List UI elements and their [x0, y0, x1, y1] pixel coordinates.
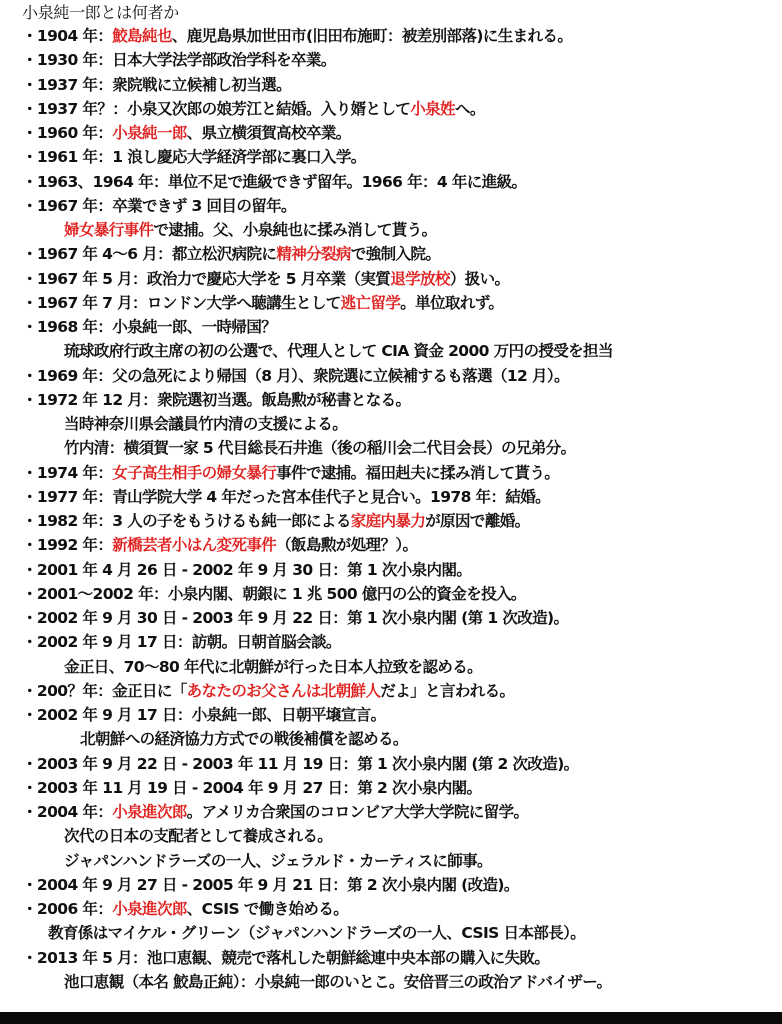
- entry-text: ・2003 年 9 月 22 日 - 2003 年 11 月 19 日：第 1 …: [22, 755, 579, 773]
- entry-text: ・1967 年 4～6 月：都立松沢病院に: [22, 245, 276, 263]
- entry-text: で強制入院。: [351, 245, 440, 263]
- entry-text: ）扱い。: [450, 270, 510, 288]
- timeline-entry: ・2002 年 9 月 30 日 - 2003 年 9 月 22 日：第 1 次…: [22, 607, 568, 629]
- timeline-entry: ・1992 年：新橋芸者小はん変死事件（飯島勲が処理？）。: [22, 534, 417, 556]
- timeline-entry: ・1968 年：小泉純一郎、一時帰国？: [22, 316, 276, 338]
- timeline-entry: ・1937 年：衆院戦に立候補し初当選。: [22, 74, 291, 96]
- entry-text: （飯島勲が処理？）。: [276, 536, 417, 554]
- entry-text: ・1972 年 12 月：衆院選初当選。飯島勲が秘書となる。: [22, 391, 410, 409]
- entry-text: ・1960 年：: [22, 124, 112, 142]
- timeline-entry: ・1969 年：父の急死により帰国（8 月）、衆院選に立候補するも落選（12 月…: [22, 365, 569, 387]
- entry-text: 琉球政府行政主席の初の公選で、代理人として CIA 資金 2000 万円の授受を…: [64, 342, 613, 360]
- entry-text: 。単位取れず。: [400, 294, 503, 312]
- entry-text: 金正日、70～80 年代に北朝鮮が行った日本人拉致を認める。: [64, 658, 482, 676]
- entry-text: 教育係はマイケル・グリーン（ジャパンハンドラーズの一人、CSIS 日本部長）。: [48, 924, 585, 942]
- timeline-entry: ・2001～2002 年：小泉内閣、朝銀に 1 兆 500 億円の公的資金を投入…: [22, 583, 526, 605]
- entry-text: ジャパンハンドラーズの一人、ジェラルド・カーティスに師事。: [64, 852, 492, 870]
- timeline-entry: ・200？年：金正日に「あなたのお父さんは北朝鮮人だよ」と言われる。: [22, 680, 514, 702]
- bottom-bar: [0, 1012, 782, 1024]
- timeline-entry: ・1967 年 5 月：政治力で慶応大学を 5 月卒業（実質退学放校）扱い。: [22, 268, 509, 290]
- entry-text: ・2001～2002 年：小泉内閣、朝銀に 1 兆 500 億円の公的資金を投入…: [22, 585, 526, 603]
- timeline-entry: ・1967 年：卒業できず 3 回目の留年。: [22, 195, 296, 217]
- entry-text: 、CSIS で働き始める。: [187, 900, 348, 918]
- highlighted-text: あなたのお父さんは北朝鮮人: [187, 682, 381, 700]
- highlighted-text: 小泉進次郎: [112, 900, 187, 918]
- entry-text: ・1969 年：父の急死により帰国（8 月）、衆院選に立候補するも落選（12 月…: [22, 367, 569, 385]
- timeline-entry: ・2004 年：小泉進次郎。アメリカ合衆国のコロンビア大学大学院に留学。: [22, 801, 528, 823]
- entry-text: 。アメリカ合衆国のコロンビア大学大学院に留学。: [187, 803, 529, 821]
- timeline-entry: ・1963、1964 年：単位不足で進級できず留年。1966 年：4 年に進級。: [22, 171, 526, 193]
- entry-text: ・1967 年 5 月：政治力で慶応大学を 5 月卒業（実質: [22, 270, 390, 288]
- timeline-entry: ジャパンハンドラーズの一人、ジェラルド・カーティスに師事。: [64, 850, 492, 872]
- document-title: 小泉純一郎とは何者か: [22, 2, 179, 24]
- entry-text: ・2004 年：: [22, 803, 112, 821]
- highlighted-text: 小泉姓: [410, 100, 455, 118]
- timeline-entry: ・1937 年？：小泉又次郎の娘芳江と結婚。入り婿として小泉姓へ。: [22, 98, 485, 120]
- timeline-entry: 次代の日本の支配者として養成される。: [64, 825, 332, 847]
- timeline-entry: ・2003 年 9 月 22 日 - 2003 年 11 月 19 日：第 1 …: [22, 753, 579, 775]
- timeline-entry: ・1961 年：1 浪し慶応大学経済学部に裏口入学。: [22, 146, 366, 168]
- timeline-entry: ・2002 年 9 月 17 日：訪朝。日朝首脳会談。: [22, 631, 341, 653]
- entry-text: ・2002 年 9 月 17 日：小泉純一郎、日朝平壌宣言。: [22, 706, 385, 724]
- entry-text: ・2006 年：: [22, 900, 112, 918]
- entry-text: ・1974 年：: [22, 464, 112, 482]
- timeline-entry: ・1982 年：3 人の子をもうけるも純一郎による家庭内暴力が原因で離婚。: [22, 510, 530, 532]
- timeline-entry: 池口恵観（本名 鮫島正純）：小泉純一郎のいとこ。安倍晋三の政治アドバイザー。: [64, 971, 611, 993]
- entry-text: ・1961 年：1 浪し慶応大学経済学部に裏口入学。: [22, 148, 366, 166]
- entry-text: だよ」と言われる。: [380, 682, 514, 700]
- timeline-entry: 琉球政府行政主席の初の公選で、代理人として CIA 資金 2000 万円の授受を…: [64, 340, 613, 362]
- entry-text: ・1977 年：青山学院大学 4 年だった宮本佳代子と見合い。1978 年：結婚…: [22, 488, 550, 506]
- timeline-entry: 婦女暴行事件で逮捕。父、小泉純也に揉み消して貰う。: [64, 219, 437, 241]
- entry-text: 、鹿児島県加世田市(旧田布施町：被差別部落)に生まれる。: [172, 27, 572, 45]
- document-page: 小泉純一郎とは何者か ・1904 年：鮫島純也、鹿児島県加世田市(旧田布施町：被…: [0, 0, 782, 1012]
- timeline-entry: ・2003 年 11 月 19 日 - 2004 年 9 月 27 日：第 2 …: [22, 777, 481, 799]
- timeline-entry: ・2006 年：小泉進次郎、CSIS で働き始める。: [22, 898, 348, 920]
- entry-text: ・2013 年 5 月：池口恵観、競売で落札した朝鮮総連中央本部の購入に失敗。: [22, 949, 549, 967]
- timeline-entry: 竹内清：横須賀一家 5 代目総長石井進（後の稲川会二代目会長）の兄弟分。: [64, 437, 575, 459]
- entry-text: 事件で逮捕。福田赳夫に揉み消して貰う。: [276, 464, 559, 482]
- timeline-entry: ・1972 年 12 月：衆院選初当選。飯島勲が秘書となる。: [22, 389, 410, 411]
- entry-text: 、県立横須賀高校卒業。: [187, 124, 351, 142]
- timeline-entry: ・2002 年 9 月 17 日：小泉純一郎、日朝平壌宣言。: [22, 704, 385, 726]
- entry-text: ・2004 年 9 月 27 日 - 2005 年 9 月 21 日：第 2 次…: [22, 876, 519, 894]
- entry-text: ・1937 年：衆院戦に立候補し初当選。: [22, 76, 291, 94]
- entry-text: 池口恵観（本名 鮫島正純）：小泉純一郎のいとこ。安倍晋三の政治アドバイザー。: [64, 973, 611, 991]
- entry-text: ・2003 年 11 月 19 日 - 2004 年 9 月 27 日：第 2 …: [22, 779, 481, 797]
- entry-text: ・2002 年 9 月 17 日：訪朝。日朝首脳会談。: [22, 633, 341, 651]
- timeline-entry: ・2013 年 5 月：池口恵観、競売で落札した朝鮮総連中央本部の購入に失敗。: [22, 947, 549, 969]
- highlighted-text: 精神分裂病: [276, 245, 351, 263]
- entry-text: ・1982 年：3 人の子をもうけるも純一郎による: [22, 512, 351, 530]
- timeline-entry: ・1977 年：青山学院大学 4 年だった宮本佳代子と見合い。1978 年：結婚…: [22, 486, 550, 508]
- entry-text: が原因で離婚。: [425, 512, 529, 530]
- entry-text: ・1968 年：小泉純一郎、一時帰国？: [22, 318, 276, 336]
- timeline-entry: 金正日、70～80 年代に北朝鮮が行った日本人拉致を認める。: [64, 656, 482, 678]
- highlighted-text: 家庭内暴力: [351, 512, 426, 530]
- timeline-entry: ・1967 年 4～6 月：都立松沢病院に精神分裂病で強制入院。: [22, 243, 440, 265]
- highlighted-text: 女子高生相手の婦女暴行: [112, 464, 276, 482]
- entry-text: 当時神奈川県会議員竹内清の支援による。: [64, 415, 347, 433]
- timeline-entry: 当時神奈川県会議員竹内清の支援による。: [64, 413, 347, 435]
- entry-text: ・1967 年：卒業できず 3 回目の留年。: [22, 197, 296, 215]
- entry-text: ・2002 年 9 月 30 日 - 2003 年 9 月 22 日：第 1 次…: [22, 609, 568, 627]
- highlighted-text: 小泉進次郎: [112, 803, 187, 821]
- timeline-entry: ・1974 年：女子高生相手の婦女暴行事件で逮捕。福田赳夫に揉み消して貰う。: [22, 462, 559, 484]
- highlighted-text: 退学放校: [390, 270, 450, 288]
- entry-text: ・1937 年？：小泉又次郎の娘芳江と結婚。入り婿として: [22, 100, 410, 118]
- timeline-entry: ・1904 年：鮫島純也、鹿児島県加世田市(旧田布施町：被差別部落)に生まれる。: [22, 25, 572, 47]
- entry-text: ・1963、1964 年：単位不足で進級できず留年。1966 年：4 年に進級。: [22, 173, 526, 191]
- timeline-entry: ・1960 年：小泉純一郎、県立横須賀高校卒業。: [22, 122, 351, 144]
- entry-text: ・2001 年 4 月 26 日 - 2002 年 9 月 30 日：第 1 次…: [22, 561, 471, 579]
- entry-text: 北朝鮮への経済協力方式での戦後補償を認める。: [80, 730, 408, 748]
- highlighted-text: 婦女暴行事件: [64, 221, 153, 239]
- entry-text: ・1967 年 7 月：ロンドン大学へ聴講生として: [22, 294, 341, 312]
- entry-text: ・200？年：金正日に「: [22, 682, 187, 700]
- entry-text: 次代の日本の支配者として養成される。: [64, 827, 332, 845]
- highlighted-text: 鮫島純也: [112, 27, 172, 45]
- highlighted-text: 新橋芸者小はん変死事件: [112, 536, 276, 554]
- entry-text: ・1930 年：日本大学法学部政治学科を卒業。: [22, 51, 336, 69]
- timeline-entry: ・2001 年 4 月 26 日 - 2002 年 9 月 30 日：第 1 次…: [22, 559, 471, 581]
- timeline-entry: ・1930 年：日本大学法学部政治学科を卒業。: [22, 49, 336, 71]
- timeline-entry: 教育係はマイケル・グリーン（ジャパンハンドラーズの一人、CSIS 日本部長）。: [48, 922, 585, 944]
- entry-text: へ。: [455, 100, 485, 118]
- highlighted-text: 小泉純一郎: [112, 124, 187, 142]
- entry-text: ・1992 年：: [22, 536, 112, 554]
- entry-text: ・1904 年：: [22, 27, 112, 45]
- entry-text: で逮捕。父、小泉純也に揉み消して貰う。: [153, 221, 436, 239]
- timeline-entry: ・1967 年 7 月：ロンドン大学へ聴講生として逃亡留学。単位取れず。: [22, 292, 503, 314]
- highlighted-text: 逃亡留学: [341, 294, 401, 312]
- timeline-entry: ・2004 年 9 月 27 日 - 2005 年 9 月 21 日：第 2 次…: [22, 874, 519, 896]
- timeline-entry: 北朝鮮への経済協力方式での戦後補償を認める。: [80, 728, 408, 750]
- entry-text: 竹内清：横須賀一家 5 代目総長石井進（後の稲川会二代目会長）の兄弟分。: [64, 439, 575, 457]
